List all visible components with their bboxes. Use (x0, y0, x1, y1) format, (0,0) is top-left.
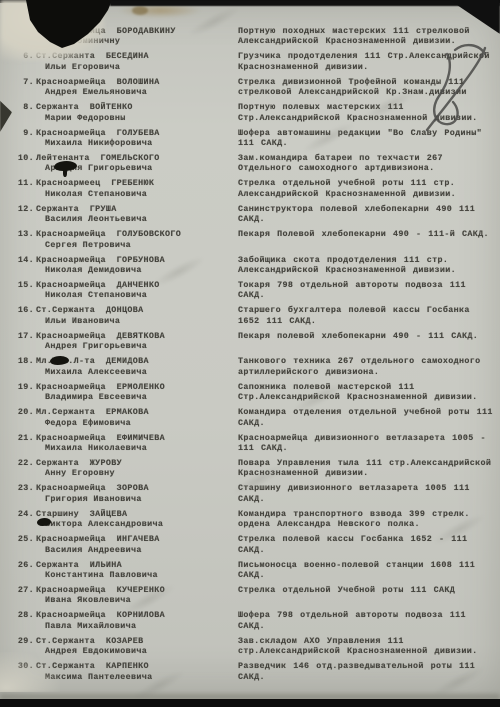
list-item: 18. Мл.Тех.Л-та ДЕМИДОВА Михаила Алексее… (8, 356, 496, 377)
entry-name-block: Красноармейца ДЕВЯТКОВА Андрея Григорьев… (34, 331, 234, 352)
entry-given-patronymic: Сергея Петровича (36, 240, 234, 250)
entry-number: 14. (8, 255, 34, 265)
entry-assignment: Пекаря полевой хлебопекарни 490 - 111 СА… (234, 331, 496, 341)
entry-rank-surname: Красноармейца ЕФИМИЧЕВА (36, 433, 234, 443)
entry-given-patronymic: Николая Степановича (36, 290, 234, 300)
entry-name-block: Красноармейца ЕФИМИЧЕВА Михаила Николаев… (34, 433, 234, 454)
list-item: 10. Лейтенанта ГОМЕЛЬСКОГО Аркадия Григо… (8, 153, 496, 174)
list-item: 12. Сержанта ГРУША Василия Леонтьевича С… (8, 204, 496, 225)
entry-name-block: Ст.Сержанта КОЗАРЕВ Андрея Евдокимовича (34, 636, 234, 657)
entry-number: 15. (8, 280, 34, 290)
entry-given-patronymic: Максима Пантелеевича (36, 672, 234, 682)
entry-name-block: Красноармейца ДАНЧЕНКО Николая Степанови… (34, 280, 234, 301)
entry-assignment: Стрелка отдельной Учебной роты 111 САКД (234, 585, 496, 595)
list-item: 20. Мл.Сержанта ЕРМАКОВА Федора Ефимович… (8, 407, 496, 428)
entry-rank-surname: Ст.Сержанта КОЗАРЕВ (36, 636, 234, 646)
list-item: 13. Красноармейца ГОЛУБОВСКОГО Сергея Пе… (8, 229, 496, 250)
entry-assignment: Старшину дивизионного ветлазарета 1005 1… (234, 483, 496, 504)
entry-rank-surname: Красноармейца ДАНЧЕНКО (36, 280, 234, 290)
entry-number: 25. (8, 534, 34, 544)
entry-given-patronymic: Ильи Ивановича (36, 316, 234, 326)
entry-given-patronymic: Василия Леонтьевича (36, 214, 234, 224)
entry-name-block: Мл.Сержанта ЕРМАКОВА Федора Ефимовича (34, 407, 234, 428)
entry-given-patronymic: Николая Демидовича (36, 265, 234, 275)
entry-given-patronymic: Федора Ефимовича (36, 418, 234, 428)
entry-rank-surname: Сержанта ИЛЬИНА (36, 560, 234, 570)
entry-number: 17. (8, 331, 34, 341)
entry-name-block: Ст.Сержанта КАРПЕНКО Максима Пантелеевич… (34, 661, 234, 682)
entry-rank-surname: Красноармейца ГОЛУБОВСКОГО (36, 229, 234, 239)
list-item: 14. Красноармейца ГОРБУНОВА Николая Деми… (8, 255, 496, 276)
entry-assignment: Зам.командира батареи по техчасти 267 От… (234, 153, 496, 174)
entry-rank-surname: Красноармейца ЕРМОЛЕНКО (36, 382, 234, 392)
entry-assignment: Санинструктора полевой хлебопекарни 490 … (234, 204, 496, 225)
entry-given-patronymic: Михаила Николаевича (36, 443, 234, 453)
entry-number: 26. (8, 560, 34, 570)
entry-number: 22. (8, 458, 34, 468)
entry-rank-surname: Мл.Сержанта ЕРМАКОВА (36, 407, 234, 417)
list-item: 25. Красноармейца ИНГАЧЕВА Василия Андре… (8, 534, 496, 555)
entry-rank-surname: Сержанта ГРУША (36, 204, 234, 214)
entry-rank-surname: Красноармейца ВОЛОШИНА (36, 77, 234, 87)
entry-name-block: Красноармейца ГОЛУБОВСКОГО Сергея Петров… (34, 229, 234, 250)
entry-assignment: Старшего бухгалтера полевой кассы Госбан… (234, 305, 496, 326)
entry-number: 28. (8, 610, 34, 620)
entry-rank-surname: Сержанта ВОЙТЕНКО (36, 102, 234, 112)
entry-number: 23. (8, 483, 34, 493)
entry-number: 18. (8, 356, 34, 366)
scan-edge-bottom (0, 699, 500, 707)
list-item: 19. Красноармейца ЕРМОЛЕНКО Владимира Ев… (8, 382, 496, 403)
entry-name-block: Сержанта ЖУРОВУ Анну Егоровну (34, 458, 234, 479)
entry-given-patronymic: Андрея Григорьевича (36, 341, 234, 351)
entry-rank-surname: Красноармеец ГРЕБЕНЮК (36, 178, 234, 188)
list-item: 29. Ст.Сержанта КОЗАРЕВ Андрея Евдокимов… (8, 636, 496, 657)
entry-rank-surname: Сержанта ЖУРОВУ (36, 458, 234, 468)
entry-given-patronymic: Павла Михайловича (36, 621, 234, 631)
entry-given-patronymic: Василия Андреевича (36, 545, 234, 555)
entry-number: 12. (8, 204, 34, 214)
entry-assignment: Шофера 798 отдельной автороты подвоза 11… (234, 610, 496, 631)
entry-name-block: Красноармейца ИНГАЧЕВА Василия Андреевич… (34, 534, 234, 555)
entry-given-patronymic: Константина Павловича (36, 570, 234, 580)
entry-number: 21. (8, 433, 34, 443)
entry-name-block: Красноармейца ГОЛУБЕВА Михаила Никифоров… (34, 128, 234, 149)
entry-assignment: Токаря 798 отдельной автороты подвоза 11… (234, 280, 496, 301)
entry-assignment: Танкового техника 267 отдельного самоход… (234, 356, 496, 377)
entry-number: 24. (8, 509, 34, 519)
entry-name-block: Красноармейца ВОЛОШИНА Андрея Емельянови… (34, 77, 234, 98)
entry-number: 30. (8, 661, 34, 671)
list-item: 16. Ст.Сержанта ДОНЦОВА Ильи Ивановича С… (8, 305, 496, 326)
entry-rank-surname: Красноармейца ИНГАЧЕВА (36, 534, 234, 544)
entry-number: 27. (8, 585, 34, 595)
entry-number: 20. (8, 407, 34, 417)
entry-rank-surname: Ст.Сержанта ДОНЦОВА (36, 305, 234, 315)
entry-name-block: Старшину ЗАЙЦЕВА Виктора Александровича (34, 509, 234, 530)
entry-rank-surname: Старшину ЗАЙЦЕВА (36, 509, 234, 519)
entry-rank-surname: Ст.Сержанта КАРПЕНКО (36, 661, 234, 671)
entry-given-patronymic: Ильи Егоровича (36, 62, 234, 72)
torn-corner (0, 0, 130, 56)
entry-rank-surname: Красноармейца ДЕВЯТКОВА (36, 331, 234, 341)
list-item: 27. Красноармейца КУЧЕРЕНКО Ивана Яковле… (8, 585, 496, 606)
entry-name-block: Красноармеец ГРЕБЕНЮК Николая Степанович… (34, 178, 234, 199)
entry-assignment: Красноармейца дивизионного ветлазарета 1… (234, 433, 496, 454)
entry-given-patronymic: Андрея Евдокимовича (36, 646, 234, 656)
entry-given-patronymic: Николая Степановича (36, 189, 234, 199)
entry-given-patronymic: Виктора Александровича (36, 519, 234, 529)
entry-assignment: Командира отделения отдельной учебной ро… (234, 407, 496, 428)
entry-number: 16. (8, 305, 34, 315)
entry-number: 10. (8, 153, 34, 163)
list-item: 30. Ст.Сержанта КАРПЕНКО Максима Пантеле… (8, 661, 496, 682)
entry-name-block: Красноармейца ЕРМОЛЕНКО Владимира Евсеев… (34, 382, 234, 403)
entry-assignment: Сапожника полевой мастерской 111 Стр.Але… (234, 382, 496, 403)
entry-number: 13. (8, 229, 34, 239)
list-item: 17. Красноармейца ДЕВЯТКОВА Андрея Григо… (8, 331, 496, 352)
entry-assignment: Письмоносца военно-полевой станции 1608 … (234, 560, 496, 581)
scan-edge-top (110, 0, 500, 6)
entry-rank-surname: Красноармейца ГОЛУБЕВА (36, 128, 234, 138)
handwritten-mark-75 (395, 38, 500, 138)
entry-number: 9. (8, 128, 34, 138)
entry-name-block: Сержанта ВОЙТЕНКО Марии Федоровны (34, 102, 234, 123)
entry-number: 11. (8, 178, 34, 188)
entry-given-patronymic: Анну Егоровну (36, 468, 234, 478)
list-item: 24. Старшину ЗАЙЦЕВА Виктора Александров… (8, 509, 496, 530)
entry-given-patronymic: Андрея Емельяновича (36, 87, 234, 97)
entry-assignment: Забойщика скота продотделения 111 стр. А… (234, 255, 496, 276)
entry-rank-surname: Красноармейца ЗОРОВА (36, 483, 234, 493)
entry-name-block: Сержанта ИЛЬИНА Константина Павловича (34, 560, 234, 581)
entry-number: 19. (8, 382, 34, 392)
list-item: 11. Красноармеец ГРЕБЕНЮК Николая Степан… (8, 178, 496, 199)
entry-given-patronymic: Владимира Евсеевича (36, 392, 234, 402)
entry-name-block: Ст.Сержанта ДОНЦОВА Ильи Ивановича (34, 305, 234, 326)
list-item: 28. Красноармейца КОРНИЛОВА Павла Михайл… (8, 610, 496, 631)
entry-number: 8. (8, 102, 34, 112)
list-item: 26. Сержанта ИЛЬИНА Константина Павлович… (8, 560, 496, 581)
entry-given-patronymic: Марии Федоровны (36, 113, 234, 123)
entry-given-patronymic: Михаила Никифоровича (36, 138, 234, 148)
entry-name-block: Красноармейца ЗОРОВА Григория Ивановича (34, 483, 234, 504)
entry-given-patronymic: Михаила Алексеевича (36, 367, 234, 377)
entry-given-patronymic: Григория Ивановича (36, 494, 234, 504)
list-item: 21. Красноармейца ЕФИМИЧЕВА Михаила Нико… (8, 433, 496, 454)
entry-assignment: Стрелка отдельной учебной роты 111 стр. … (234, 178, 496, 199)
entry-number: 29. (8, 636, 34, 646)
entry-rank-surname: Красноармейца КУЧЕРЕНКО (36, 585, 234, 595)
entry-name-block: Сержанта ГРУША Василия Леонтьевича (34, 204, 234, 225)
entry-assignment: Пекаря Полевой хлебопекарни 490 - 111-й … (234, 229, 496, 239)
paper-stain (132, 6, 148, 15)
entry-number: 7. (8, 77, 34, 87)
scanned-document: 5. Красноармейца БОРОДАВКИНУ Анну Фомини… (0, 0, 500, 707)
entry-assignment: Зав.складом АХО Управления 111 стр.Алекс… (234, 636, 496, 657)
list-item: 15. Красноармейца ДАНЧЕНКО Николая Степа… (8, 280, 496, 301)
